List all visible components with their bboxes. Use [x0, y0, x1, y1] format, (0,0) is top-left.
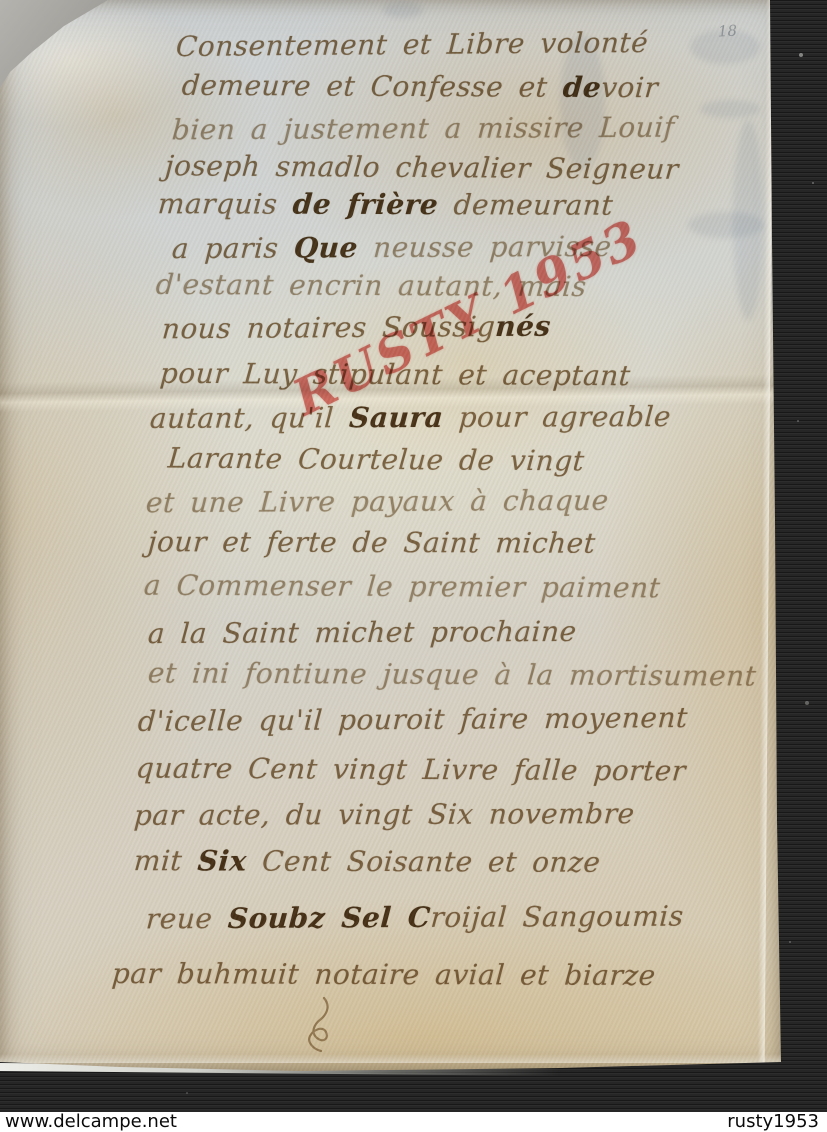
manuscript-line: reue Soubz Sel Croijal Sangoumis [145, 900, 685, 936]
delcampe-url: www.delcampe.net [5, 1112, 177, 1132]
manuscript-line: quatre Cent vingt Livre falle porter [135, 752, 687, 788]
manuscript-segment: Larante Courtelue de vingt [167, 442, 586, 478]
manuscript-segment: quatre Cent vingt Livre falle porter [135, 752, 687, 788]
manuscript-line: mit Six Cent Soisante et onze [133, 844, 602, 879]
manuscript-segment: reue [145, 902, 229, 935]
manuscript-line: Larante Courtelue de vingt [167, 442, 586, 478]
manuscript-segment: de frière [292, 188, 440, 221]
manuscript-segment: Six [196, 844, 247, 877]
manuscript-line: et une Livre payaux à chaque [145, 484, 610, 519]
manuscript-segment: pour agreable [442, 400, 672, 434]
manuscript-segment: Cent Soisante et onze [246, 845, 602, 879]
manuscript-line: par buhmuit notaire avial et biarze [111, 957, 657, 992]
manuscript-page: Consentement et Libre volontédemeure et … [0, 0, 784, 1072]
manuscript-segment: d'icelle qu'il pouroit faire moyenent [137, 701, 689, 738]
manuscript-line: Consentement et Libre volonté [175, 26, 649, 63]
manuscript-segment: bien a justement a missire Louif [171, 111, 676, 147]
manuscript-segment: roijal Sangoumis [430, 900, 685, 934]
manuscript-segment: demeure et Confesse et [181, 69, 564, 104]
manuscript-segment: Consentement et Libre volonté [175, 26, 649, 63]
pencil-note: 18 [718, 22, 738, 41]
manuscript-line: d'icelle qu'il pouroit faire moyenent [137, 701, 689, 738]
manuscript-segment: a la Saint michet prochaine [147, 615, 578, 650]
manuscript-segment: Que [293, 231, 359, 264]
manuscript-line: a la Saint michet prochaine [147, 615, 578, 650]
manuscript-segment: jour et ferte de Saint michet [147, 525, 597, 560]
photo-canvas: Consentement et Libre volontédemeure et … [0, 0, 827, 1132]
manuscript-segment: voir [600, 71, 659, 104]
manuscript-line: et ini fontiune jusque à la mortisument [147, 656, 758, 692]
manuscript-segment: a paris [171, 232, 295, 266]
manuscript-line: marquis de frière demeurant [157, 187, 615, 222]
dust-specks [0, 0, 2, 2]
manuscript-line: autant, qu'il Saura pour agreable [149, 400, 672, 435]
manuscript-line: par acte, du vingt Six novembre [133, 797, 636, 832]
manuscript-segment: Saura [348, 401, 444, 434]
manuscript-segment: a Commenser le premier paiment [143, 569, 662, 605]
manuscript-segment: et ini fontiune jusque à la mortisument [147, 656, 758, 692]
manuscript-segment: et une Livre payaux à chaque [145, 484, 610, 519]
manuscript-text: Consentement et Libre volontédemeure et … [0, 0, 784, 1072]
manuscript-line: jour et ferte de Saint michet [147, 525, 597, 560]
manuscript-segment: demeurant [437, 188, 614, 222]
manuscript-line: a Commenser le premier paiment [143, 569, 662, 605]
manuscript-segment: joseph smadlo chevalier Seigneur [164, 149, 680, 186]
manuscript-segment: de [562, 71, 603, 104]
manuscript-segment: marquis [157, 187, 294, 220]
manuscript-segment: par acte, du vingt Six novembre [133, 797, 636, 832]
manuscript-line: joseph smadlo chevalier Seigneur [164, 149, 680, 186]
manuscript-line: demeure et Confesse et devoir [181, 69, 660, 104]
manuscript-line: bien a justement a missire Louif [171, 111, 676, 147]
manuscript-segment: mit [133, 844, 199, 877]
manuscript-segment: Soubz Sel C [227, 901, 432, 935]
manuscript-segment: par buhmuit notaire avial et biarze [111, 957, 657, 992]
seller-name: rusty1953 [727, 1112, 819, 1132]
footer-bar: www.delcampe.net rusty1953 [0, 1112, 827, 1132]
paraph-flourish [302, 996, 340, 1056]
